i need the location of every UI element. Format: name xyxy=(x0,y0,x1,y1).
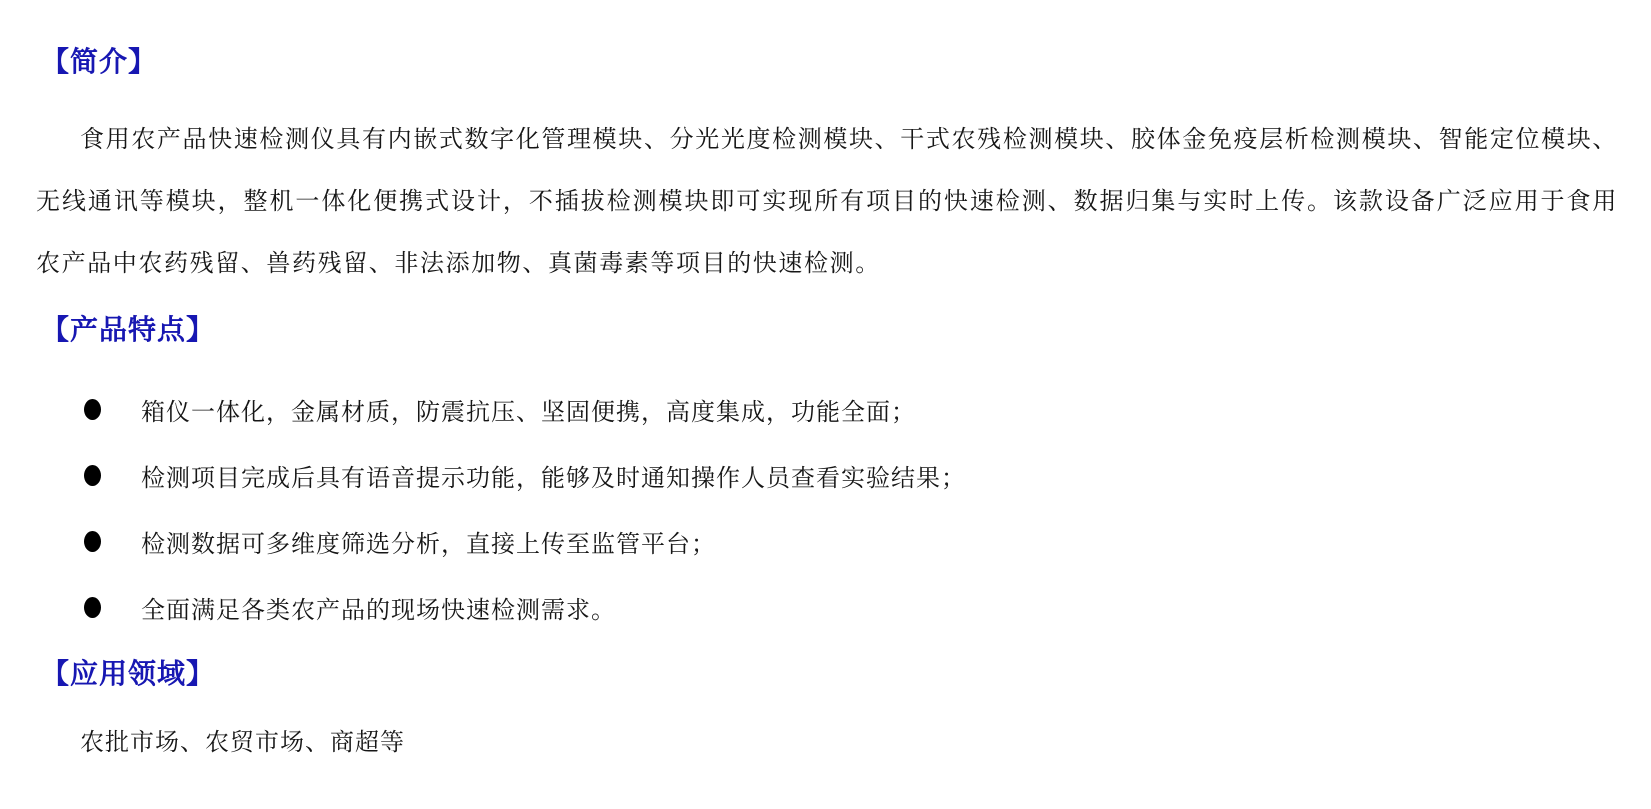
bullet-text: 全面满足各类农产品的现场快速检测需求。 xyxy=(141,590,616,625)
feature-list: 箱仪一体化，金属材质，防震抗压、坚固便携，高度集成，功能全面； 检测项目完成后具… xyxy=(36,376,1618,640)
list-item: 检测数据可多维度筛选分析，直接上传至监管平台； xyxy=(36,508,1618,574)
list-item: 检测项目完成后具有语音提示功能，能够及时通知操作人员查看实验结果； xyxy=(36,442,1618,508)
bullet-text: 检测项目完成后具有语音提示功能，能够及时通知操作人员查看实验结果； xyxy=(141,458,966,493)
section-heading-applications: 【应用领域】 xyxy=(41,658,1618,690)
applications-paragraph: 农批市场、农贸市场、商超等 xyxy=(36,720,1618,764)
document-page: 【简介】 食用农产品快速检测仪具有内嵌式数字化管理模块、分光光度检测模块、干式农… xyxy=(0,0,1651,809)
list-item: 箱仪一体化，金属材质，防震抗压、坚固便携，高度集成，功能全面； xyxy=(36,376,1618,442)
bullet-text: 箱仪一体化，金属材质，防震抗压、坚固便携，高度集成，功能全面； xyxy=(141,392,916,427)
bullet-icon xyxy=(84,597,101,618)
bullet-text: 检测数据可多维度筛选分析，直接上传至监管平台； xyxy=(141,524,716,559)
list-item: 全面满足各类农产品的现场快速检测需求。 xyxy=(36,574,1618,640)
intro-paragraph: 食用农产品快速检测仪具有内嵌式数字化管理模块、分光光度检测模块、干式农残检测模块… xyxy=(36,108,1618,294)
section-heading-features: 【产品特点】 xyxy=(41,314,1618,346)
bullet-icon xyxy=(84,531,101,552)
bullet-icon xyxy=(84,399,101,420)
bullet-icon xyxy=(84,465,101,486)
section-heading-intro: 【简介】 xyxy=(41,46,1618,78)
